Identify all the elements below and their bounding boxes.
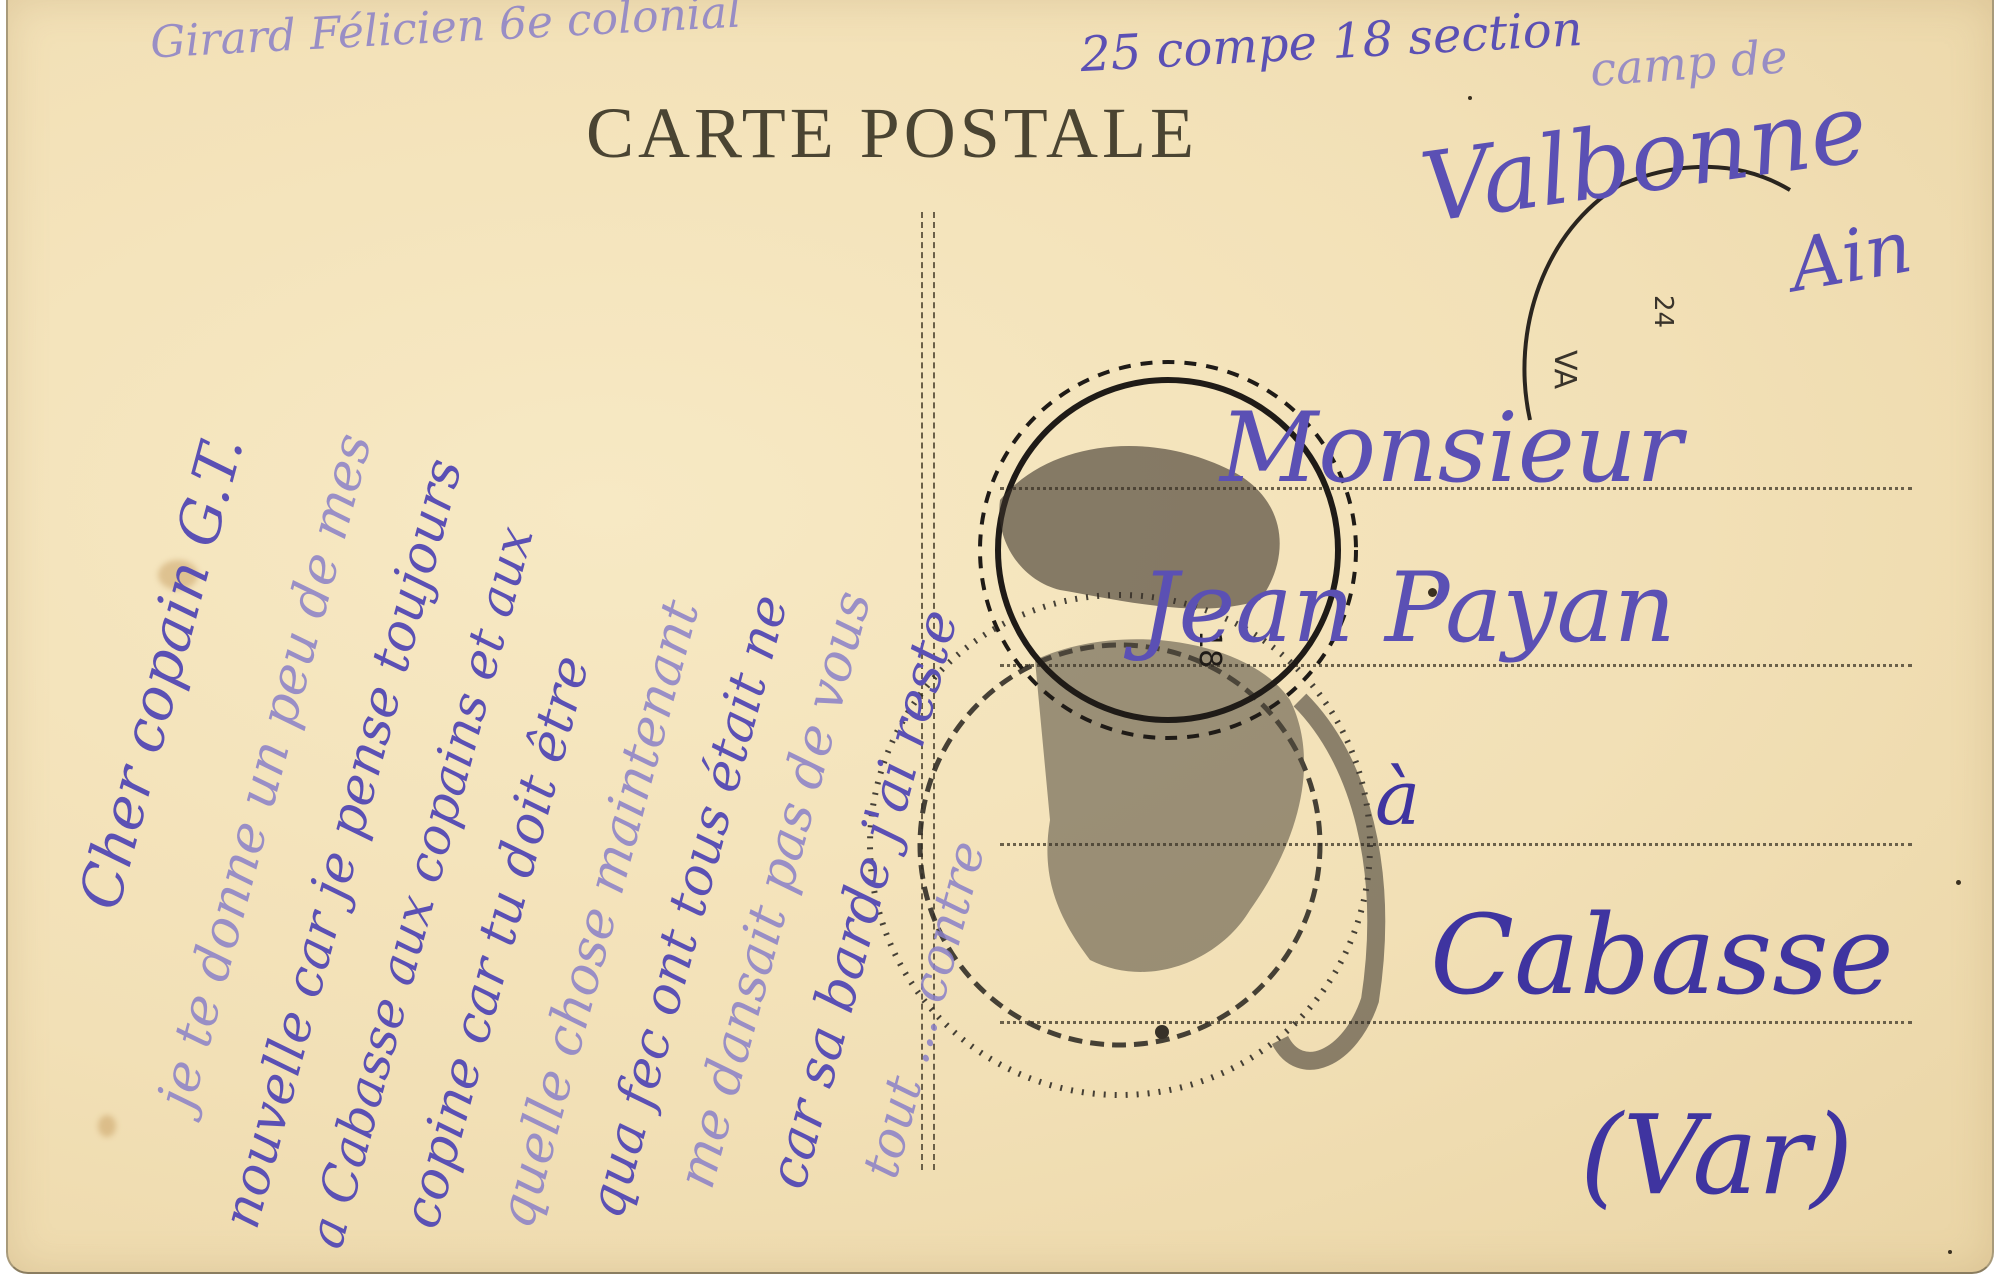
paper-speck	[1956, 880, 1961, 885]
address-department: (Var)	[1580, 1100, 1853, 1210]
paper-speck	[1948, 1250, 1952, 1254]
paper-speck	[1468, 96, 1472, 100]
card-title: CARTE POSTALE	[586, 92, 1326, 175]
header-note-line3: camp de	[1589, 33, 1789, 93]
sender-department: Ain	[1785, 210, 1917, 302]
address-line-4	[1000, 1021, 1912, 1024]
address-recipient-title: Monsieur	[1220, 400, 1682, 496]
address-town: Cabasse	[1430, 900, 1894, 1010]
address-line-2	[1000, 664, 1912, 667]
address-line-3	[1000, 843, 1912, 846]
address-preposition: à	[1375, 760, 1420, 836]
address-recipient-name: Jean Payan	[1140, 560, 1676, 656]
paper-stain	[98, 1115, 116, 1137]
